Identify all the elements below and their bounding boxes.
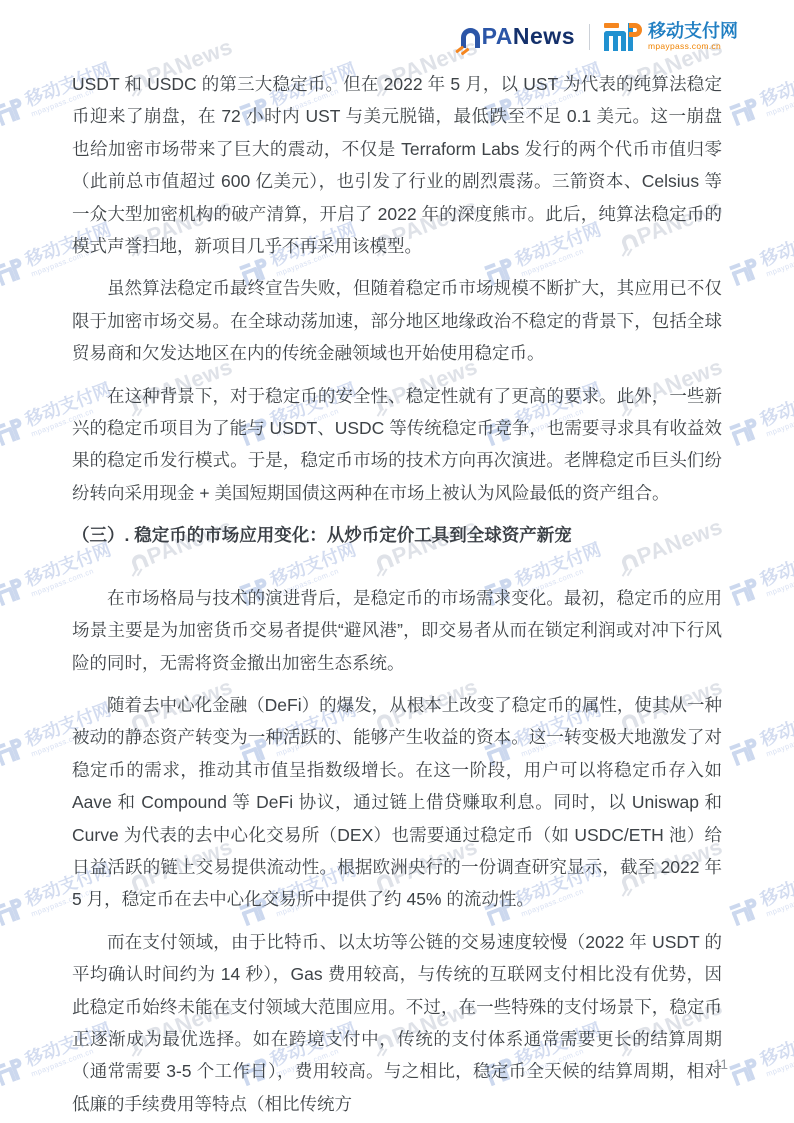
panews-logo-text: PA: [482, 25, 513, 48]
document-body: USDT 和 USDC 的第三大稳定币。但在 2022 年 5 月，以 UST …: [72, 68, 722, 1123]
panews-logo: PA News: [461, 25, 575, 48]
mpaypass-watermark: 移动支付网mpaypass.com.cn: [728, 860, 794, 930]
logo-divider: [589, 24, 590, 50]
paragraph-4: 在市场格局与技术的演进背后，是稳定币的市场需求变化。最初，稳定币的应用场景主要是…: [72, 582, 722, 679]
mpaypass-watermark: 移动支付网mpaypass.com.cn: [728, 1020, 794, 1090]
mpaypass-logo-name: 移动支付网: [648, 22, 738, 41]
mpaypass-logo-icon: [604, 22, 642, 51]
mpaypass-watermark: 移动支付网mpaypass.com.cn: [728, 60, 794, 130]
paragraph-6: 而在支付领域，由于比特币、以太坊等公链的交易速度较慢（2022 年 USDT 的…: [72, 926, 722, 1120]
mpaypass-logo: 移动支付网 mpaypass.com.cn: [604, 22, 738, 51]
paragraph-1: USDT 和 USDC 的第三大稳定币。但在 2022 年 5 月，以 UST …: [72, 68, 722, 262]
mpaypass-watermark: 移动支付网mpaypass.com.cn: [728, 700, 794, 770]
mpaypass-watermark: 移动支付网mpaypass.com.cn: [728, 380, 794, 450]
mpaypass-watermark: 移动支付网mpaypass.com.cn: [728, 220, 794, 290]
mpaypass-watermark: 移动支付网mpaypass.com.cn: [728, 540, 794, 610]
mpaypass-logo-domain: mpaypass.com.cn: [648, 41, 738, 51]
panews-logo-icon: [461, 28, 480, 48]
document-page: PANewsPANewsPANews移动支付网mpaypass.com.cn移动…: [0, 0, 794, 1123]
paragraph-5: 随着去中心化金融（DeFi）的爆发，从根本上改变了稳定币的属性，使其从一种被动的…: [72, 689, 722, 916]
paragraph-2: 虽然算法稳定币最终宣告失败，但随着稳定币市场规模不断扩大，其应用已不仅限于加密市…: [72, 272, 722, 369]
section-heading-3: （三）. 稳定币的市场应用变化：从炒币定价工具到全球资产新宠: [72, 519, 722, 551]
page-header: PA News 移动支付网 mpaypass.com.cn: [461, 22, 738, 51]
paragraph-3: 在这种背景下，对于稳定币的安全性、稳定性就有了更高的要求。此外，一些新兴的稳定币…: [72, 380, 722, 510]
page-number: 11: [713, 1056, 728, 1072]
